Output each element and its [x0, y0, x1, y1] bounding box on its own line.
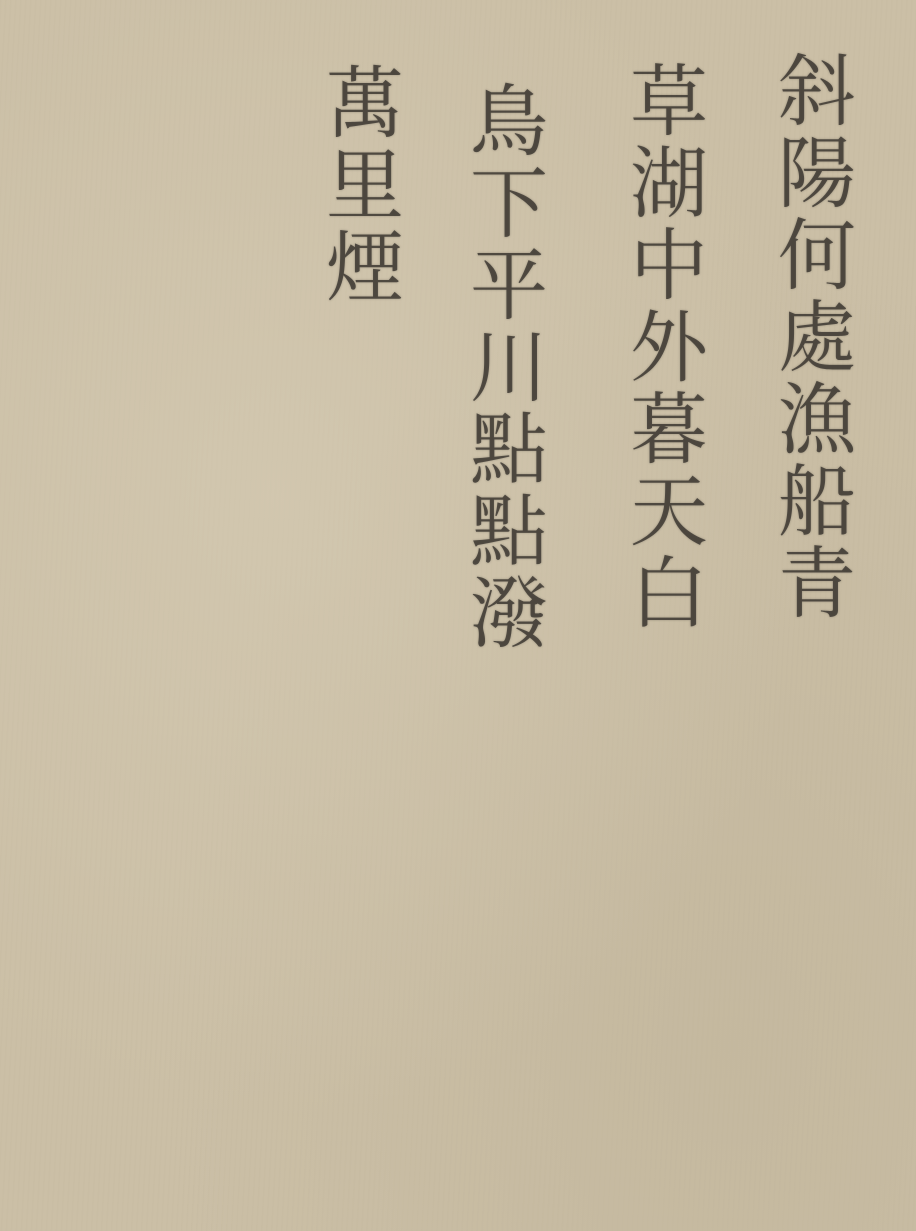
calligraphy-column-1: 斜陽何處漁船青 — [760, 50, 860, 624]
calligraphy-column-4: 萬里煙 — [308, 62, 408, 308]
calligraphy-column-2: 草湖中外暮天白 — [612, 60, 712, 634]
calligraphy-column-3: 鳥下平川點點潑 — [452, 80, 552, 654]
